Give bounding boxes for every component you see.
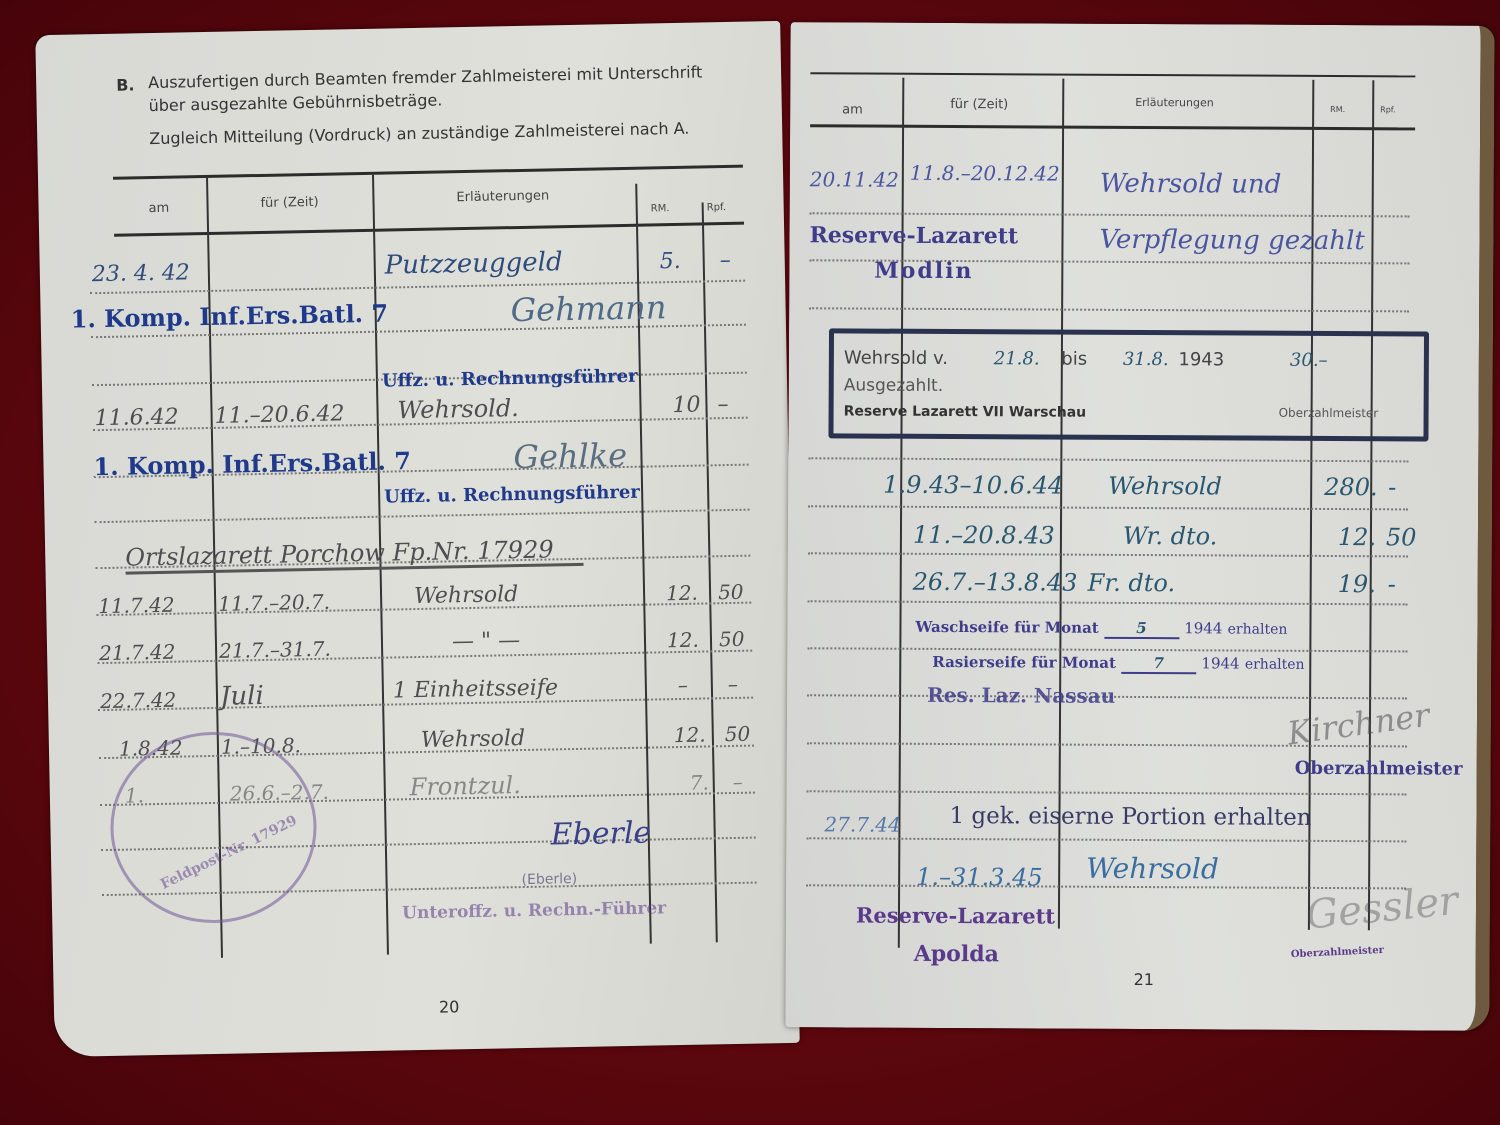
shave-month: 7	[1121, 654, 1196, 674]
entry-text: Frontzul.	[409, 771, 521, 801]
entry-rm: 12.	[666, 581, 698, 606]
box-from: 21.8.	[994, 348, 1040, 369]
entry-text: Putzzeuggeld	[384, 247, 562, 280]
entry-rpf: –	[728, 672, 738, 696]
hospital-stamp: Modlin	[874, 258, 973, 285]
oberzahlmeister-stamp: Oberzahlmeister	[1291, 945, 1385, 960]
table-header-rule	[810, 124, 1415, 130]
entry-text: Fr. dto.	[1088, 569, 1176, 597]
dotted-rule	[95, 509, 750, 524]
box-sign-title: Oberzahlmeister	[1279, 406, 1379, 421]
wash-prefix: Waschseife für Monat	[915, 618, 1098, 637]
entry-rpf: -	[1388, 473, 1396, 501]
dotted-rule	[809, 307, 1409, 312]
entry-text: Wehrsold	[414, 582, 519, 609]
entry-rm: 12.	[1338, 523, 1376, 551]
instruction-line-3: Zugleich Mitteilung (Vordruck) an zustän…	[149, 119, 689, 148]
entry-period: 11.–20.8.43	[913, 521, 1055, 550]
unit-stamp: 1. Komp. Inf.Ers.Batl. 7	[70, 299, 388, 334]
round-stamp: Feldpost-Nr. 17929	[109, 730, 319, 925]
box-bis: bis	[1061, 349, 1087, 370]
entry-rpf: 50	[719, 627, 745, 651]
entry-period: 11.8.–20.12.42	[910, 161, 1060, 186]
section-label: B.	[116, 75, 135, 94]
entry-date: 11.7.42	[98, 593, 175, 618]
entry-rpf: -	[1388, 570, 1396, 598]
shave-suffix: erhalten	[1245, 657, 1305, 673]
entry-date: 11.6.42	[94, 405, 178, 432]
col-header-zeit: für (Zeit)	[260, 195, 318, 211]
entry-text: Wehrsold und Verpflegung gezahlt	[1099, 156, 1420, 270]
oberzahlmeister-stamp: Oberzahlmeister	[1295, 758, 1463, 780]
nassau-stamp: Res. Laz. Nassau	[927, 683, 1115, 708]
entry-rpf: 50	[1386, 523, 1417, 551]
entry-rm: 10	[672, 393, 700, 419]
page-number: 21	[1134, 970, 1154, 989]
title-stamp: Unteroffz. u. Rechn.-Führer	[402, 898, 666, 923]
col-divider	[1058, 79, 1064, 929]
round-stamp-text: Feldpost-Nr. 17929	[158, 813, 300, 893]
unit-stamp: 1. Komp. Inf.Ers.Batl. 7	[93, 446, 411, 481]
hospital-stamp: Reserve-Lazarett	[809, 222, 1018, 249]
instruction-line-1: Auszufertigen durch Beamten fremder Zahl…	[148, 62, 702, 92]
entry-period: 1.–31.3.45	[916, 863, 1043, 892]
dotted-rule	[807, 647, 1407, 652]
dotted-rule	[807, 790, 1407, 795]
entry-rm: 5.	[659, 249, 680, 274]
entry-period: 11.7.–20.7.	[218, 590, 330, 616]
entry-period: 26.7.–13.8.43	[913, 568, 1078, 597]
wash-suffix: erhalten	[1228, 621, 1288, 637]
hospital-stamp: Reserve-Lazarett	[856, 903, 1055, 929]
entry-text: — " —	[452, 628, 521, 654]
entry-text: Wr. dto.	[1123, 522, 1218, 550]
entry-period: 21.7.–31.7.	[219, 637, 331, 663]
soap-stamp-shave: Rasierseife für Monat 7 1944 erhalten	[932, 653, 1304, 675]
table-top-rule	[810, 72, 1415, 77]
entry-rpf: 50	[725, 722, 751, 746]
entry-text: Wehrsold	[421, 726, 526, 753]
col-header-erlaeuterungen: Erläuterungen	[1135, 96, 1214, 109]
entry-rpf: –	[719, 248, 730, 273]
entry-rm: 7.	[690, 770, 710, 794]
entry-date: 22.7.42	[100, 688, 177, 713]
iron-ration-stamp: 1 gek. eiserne Portion erhalten	[949, 803, 1311, 831]
dotted-rule	[97, 650, 752, 665]
title-stamp: Uffz. u. Rechnungsführer	[384, 482, 640, 508]
col-header-rm: RM.	[1330, 105, 1345, 114]
col-header-erlaeuterungen: Erläuterungen	[456, 188, 549, 205]
entry-period: Juli	[220, 681, 264, 712]
col-header-am: am	[842, 102, 863, 117]
entry-date: 23. 4. 42	[92, 260, 190, 287]
page-number: 20	[439, 997, 460, 1016]
signature: Eberle	[550, 816, 651, 853]
dotted-rule	[808, 457, 1408, 462]
entry-rm: 12.	[674, 723, 706, 748]
signature: Kirchner	[1285, 696, 1432, 753]
entry-rm: 12.	[667, 628, 699, 653]
dotted-rule	[808, 505, 1408, 510]
dotted-rule	[806, 884, 1406, 889]
box-line-2: Ausgezahlt.	[844, 375, 944, 396]
box-year: 1943	[1178, 349, 1224, 370]
box-line-3: Reserve Lazarett VII Warschau	[844, 403, 1087, 420]
entry-period: 11.–20.6.42	[214, 401, 344, 428]
entry-rm: –	[678, 673, 688, 697]
col-header-am: am	[148, 201, 169, 216]
col-header-rpf: Rpf.	[707, 202, 726, 213]
wash-month: 5	[1104, 619, 1179, 639]
shave-prefix: Rasierseife für Monat	[932, 653, 1116, 672]
col-header-rm: RM.	[651, 203, 670, 214]
dotted-rule	[808, 600, 1408, 605]
left-page: B. Auszufertigen durch Beamten fremder Z…	[35, 21, 799, 1057]
signature: Gehmann	[510, 288, 666, 329]
box-to: 31.8.	[1123, 349, 1169, 370]
wash-year: 1944	[1184, 619, 1222, 637]
right-page: am für (Zeit) Erläuterungen RM. Rpf. 20.…	[785, 22, 1494, 1031]
entry-date: 20.11.42	[810, 167, 899, 191]
box-amount: 30.–	[1290, 350, 1328, 371]
col-header-zeit: für (Zeit)	[950, 97, 1008, 112]
entry-rm: 280.	[1324, 473, 1378, 501]
entry-rpf: –	[717, 392, 728, 417]
entry-date: 21.7.42	[99, 640, 176, 665]
entry-rpf: 50	[718, 580, 744, 604]
entry-text: Wehrsold	[1086, 852, 1219, 886]
entry-rm: 19.	[1338, 570, 1376, 598]
col-header-rpf: Rpf.	[1380, 105, 1395, 114]
shave-year: 1944	[1201, 654, 1239, 672]
dotted-rule	[806, 837, 1406, 842]
entry-text: Wehrsold.	[397, 394, 519, 424]
hospital-line: Ortslazarett Porchow Fp.Nr. 17929	[125, 535, 584, 575]
box-prefix: Wehrsold v.	[844, 347, 948, 369]
hospital-stamp: Apolda	[914, 941, 999, 967]
name-bracket: (Eberle)	[521, 871, 577, 888]
soap-stamp-wash: Waschseife für Monat 5 1944 erhalten	[915, 618, 1287, 640]
payment-stamp-box: Wehrsold v. 21.8. bis 31.8. 1943 30.– Au…	[828, 328, 1429, 441]
title-stamp: Uffz. u. Rechnungsführer	[382, 366, 638, 392]
col-divider	[702, 202, 718, 942]
instruction-line-2: über ausgezahlte Gebührnisbeträge.	[148, 90, 442, 115]
entry-text: 1 Einheitsseife	[393, 675, 559, 703]
entry-rpf: –	[732, 770, 742, 794]
signature: Gehlke	[513, 436, 627, 476]
entry-text: Wehrsold	[1108, 472, 1222, 501]
entry-period: 1.9.43–10.6.44	[883, 471, 1063, 500]
box-line-1: Wehrsold v. 21.8. bis 31.8. 1943 30.–	[844, 347, 1328, 371]
iron-ration-date: 27.7.44	[824, 812, 900, 836]
dotted-rule	[808, 552, 1408, 557]
